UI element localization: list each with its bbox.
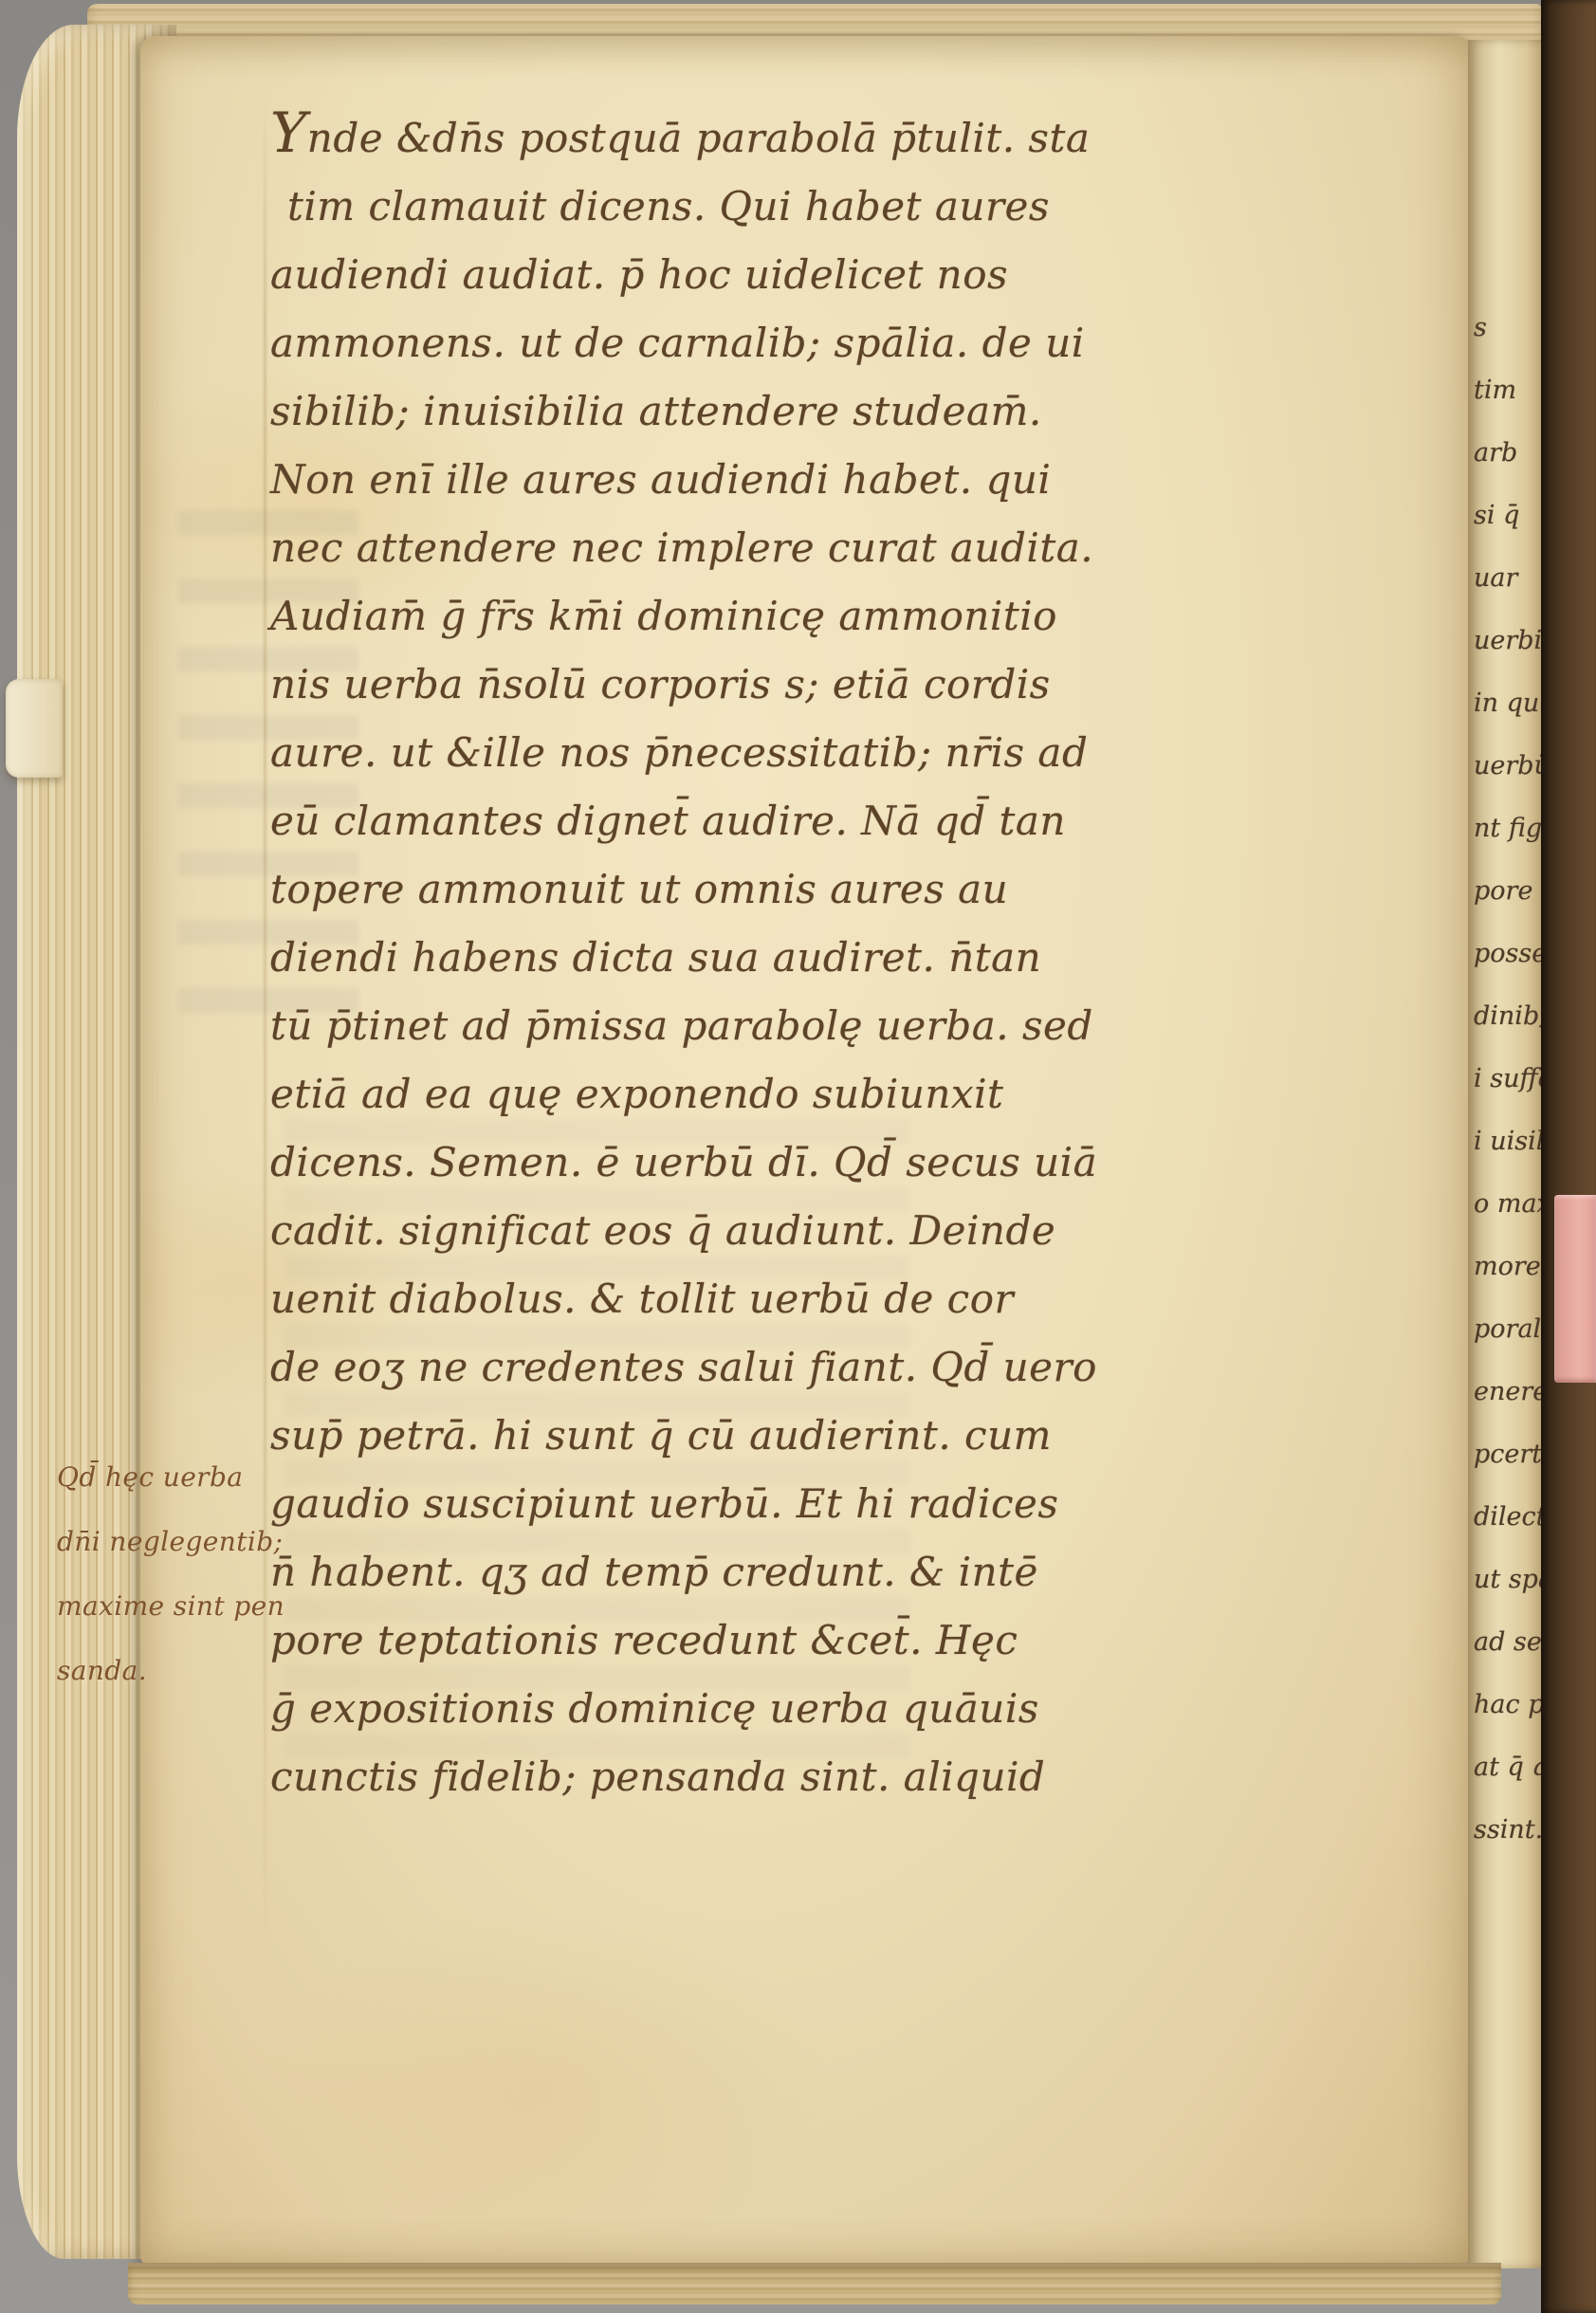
text-line: Non enī ille aures audiendi habet. qui — [270, 446, 978, 514]
edge-fragment: in qu — [1474, 688, 1539, 718]
edge-fragment: at q̄ qn̄ — [1474, 1753, 1550, 1782]
text-line: tū p̄tinet ad p̄missa parabolę uerba. se… — [270, 992, 978, 1060]
text-line: sibilib; inuisibilia attendere studeam̄. — [270, 377, 978, 446]
edge-fragment: ad se l — [1474, 1627, 1550, 1657]
text-line: dicens. Semen. ē uerbū dī. Qd̄ secus uiā — [270, 1129, 978, 1197]
edge-fragment: nt fig — [1474, 814, 1542, 843]
bookmark-tab — [6, 679, 63, 778]
edge-fragment: si q̄ — [1474, 501, 1519, 530]
next-page-edge: stimarbsi q̄uaruerbiin quuerbū dnt figpo… — [1468, 40, 1550, 2268]
text-line: tim clamauit dicens. Qui habet aures — [270, 173, 978, 241]
text-line: eū clamantes dignet̄ audire. Nā qd̄ tan — [270, 787, 978, 855]
text-line: uenit diabolus. & tollit uerbū de cor — [270, 1265, 978, 1333]
edge-fragment: dinib; — [1474, 1001, 1548, 1031]
edge-fragment: i uisil — [1474, 1127, 1544, 1156]
text-line: de eoʒ ne credentes salui fiant. Qd̄ uer… — [270, 1333, 978, 1402]
cover-label — [1554, 1195, 1596, 1383]
edge-fragment: hac p — [1474, 1690, 1544, 1719]
text-line: cadit. significat eos q̄ audiunt. Deinde — [270, 1197, 978, 1265]
edge-fragment: dilectio — [1474, 1502, 1550, 1532]
text-line: pore teptationis recedunt &cet̄. Hęc — [270, 1606, 978, 1675]
photo-background: Ynde &dn̄s postquā parabolā p̄tulit. sta… — [0, 0, 1596, 2313]
text-line: nis uerba n̄solū corporis s; etiā cordis — [270, 651, 978, 719]
text-line: diendi habens dicta sua audiret. n̄tan — [270, 924, 978, 992]
edge-fragment: ssint. q̄ — [1474, 1815, 1550, 1845]
text-line: nec attendere nec implere curat audita. — [270, 514, 978, 582]
text-line: audiendi audiat. p̄ hoc uidelicet nos — [270, 241, 978, 309]
text-line: topere ammonuit ut omnis aures au — [270, 855, 978, 924]
margin-note-line: sanda. — [57, 1639, 270, 1703]
text-line: ḡ expositionis dominicę uerba quāuis — [270, 1675, 978, 1743]
text-line: n̄ habent. qʒ ad temp̄ credunt. & intē — [270, 1538, 978, 1606]
edge-fragment: uar — [1474, 563, 1517, 593]
edge-fragment: tim — [1474, 376, 1516, 405]
text-line: cunctis fidelib; pensanda sint. aliquid — [270, 1743, 978, 1811]
margin-note-line: maxime sint pen — [57, 1574, 270, 1639]
text-line: Ynde &dn̄s postquā parabolā p̄tulit. sta — [270, 104, 978, 173]
text-line: gaudio suscipiunt uerbū. Et hi radices — [270, 1470, 978, 1538]
text-line: sup̄ petrā. hi sunt q̄ cū audierint. cum — [270, 1402, 978, 1470]
text-line: ammonens. ut de carnalib; spālia. de ui — [270, 309, 978, 377]
edge-fragment: possel — [1474, 939, 1550, 968]
edge-fragment: enere ad — [1474, 1377, 1550, 1406]
edge-fragment: ut spa — [1474, 1565, 1550, 1594]
edge-fragment: pore tē — [1474, 876, 1550, 906]
main-text-block: Ynde &dn̄s postquā parabolā p̄tulit. sta… — [270, 104, 978, 1811]
text-line: Audiam̄ ḡ fr̄s km̄i dominicę ammonitio — [270, 582, 978, 651]
edge-fragment: uerbi — [1474, 626, 1542, 655]
edge-fragment: uerbū d — [1474, 751, 1550, 780]
edge-fragment: s — [1474, 313, 1487, 342]
text-line: etiā ad ea quę exponendo subiunxit — [270, 1060, 978, 1129]
edge-fragment: more an — [1474, 1252, 1550, 1281]
margin-note-line: Qd̄ hęc uerba — [57, 1445, 270, 1510]
text-line: aure. ut &ille nos p̄necessitatib; nr̄is… — [270, 719, 978, 787]
edge-fragment: o max — [1474, 1189, 1550, 1219]
edge-fragment: poralia — [1474, 1314, 1550, 1344]
edge-fragment: arb — [1474, 438, 1517, 468]
book-cover-edge — [1541, 0, 1596, 2313]
margin-note: Qd̄ hęc uerbadn̄i neglegentib;maxime sin… — [57, 1445, 270, 1703]
book-bottom-edge — [128, 2263, 1501, 2304]
edge-fragment: i suffe — [1474, 1064, 1550, 1093]
margin-note-line: dn̄i neglegentib; — [57, 1510, 270, 1574]
edge-fragment: pcerto — [1474, 1440, 1550, 1469]
